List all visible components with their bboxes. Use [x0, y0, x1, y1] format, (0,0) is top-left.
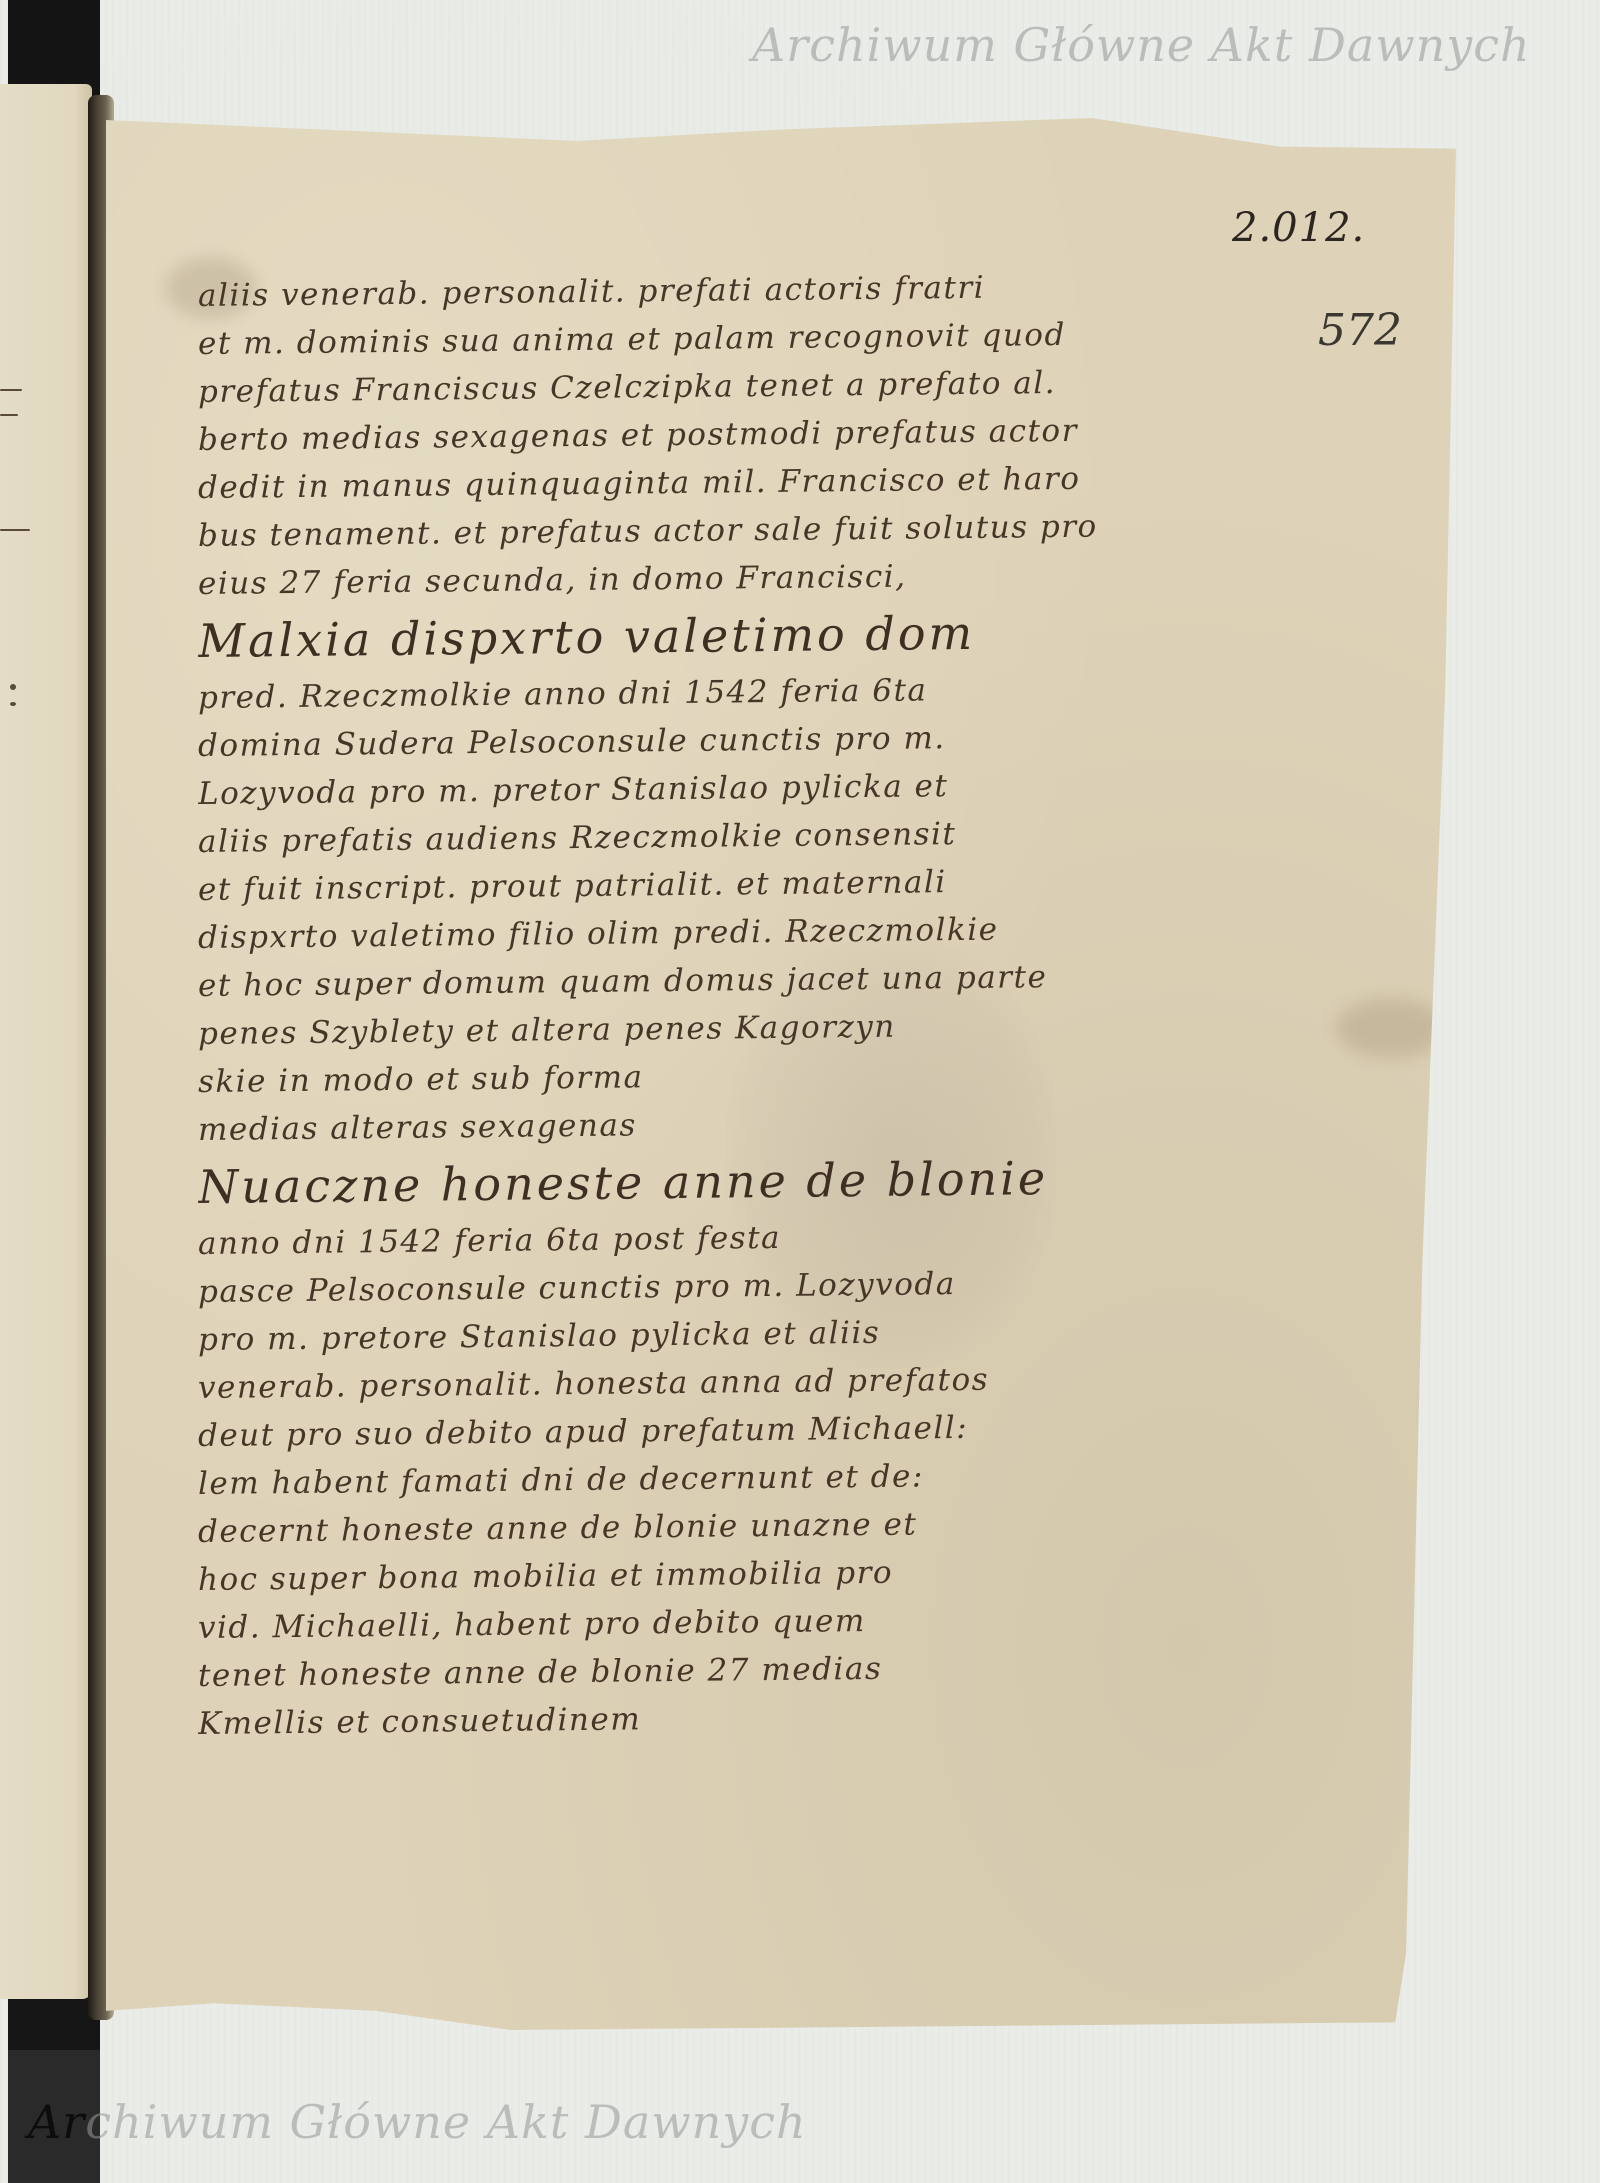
binding-strip-bottom — [8, 1995, 100, 2183]
folio-number-upper: 2.012. — [1232, 205, 1365, 251]
archive-watermark-bottom: Archiwum Główne Akt Dawnych — [28, 2095, 807, 2149]
stain — [1336, 998, 1446, 1058]
margin-mark — [10, 702, 16, 706]
adjacent-page-left — [0, 84, 92, 1999]
entry-heading: Malxia dispxrto valetimo dom — [198, 596, 1309, 674]
archive-watermark-top: Archiwum Główne Akt Dawnych — [752, 18, 1531, 72]
margin-mark — [10, 684, 16, 690]
margin-mark — [0, 389, 22, 391]
watermark-prefix: Ar — [28, 2095, 85, 2149]
manuscript-text: aliis venerab. personalit. prefati actor… — [198, 272, 1308, 1748]
margin-mark — [0, 529, 30, 531]
margin-mark — [0, 414, 18, 416]
watermark-rest: chiwum Główne Akt Dawnych — [85, 2095, 806, 2149]
folio-number-lower: 572 — [1318, 305, 1402, 356]
text-line: Kmellis et consuetudinem — [198, 1688, 1308, 1748]
entry-heading: Nuaczne honeste anne de blonie — [198, 1142, 1309, 1220]
